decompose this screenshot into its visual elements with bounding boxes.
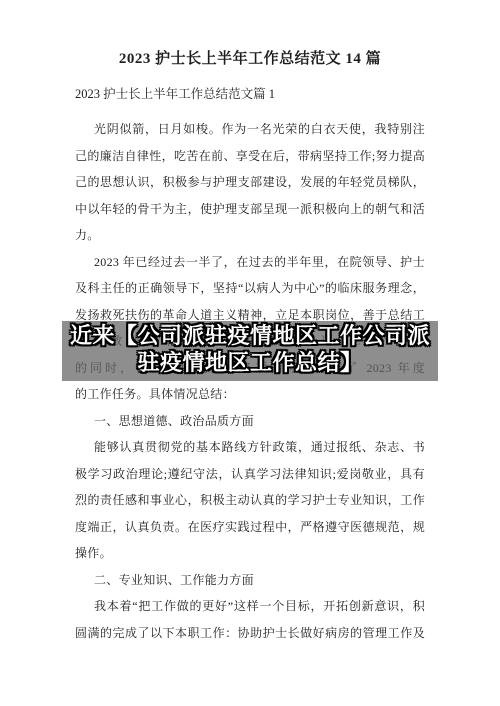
- document-line: 圆满的完成了以下本职工作：协助护士长做好病房的管理工作及医: [75, 620, 425, 647]
- document-subtitle: 2023 护士长上半年工作总结范文篇 1: [0, 85, 500, 103]
- document-line: 己的廉洁自律性，吃苦在前、享受在后，带病坚持工作;努力提高自: [75, 143, 425, 170]
- document-line: 二、专业知识、工作能力方面: [75, 567, 425, 594]
- document-line: 烈的责任感和事业心，积极主动认真的学习护士专业知识，工作态: [75, 487, 425, 514]
- document-line: 己的思想认识，积极参与护理支部建设，发展的年轻党员梯队，其: [75, 169, 425, 196]
- document-line: 能够认真贯彻党的基本路线方针政策，通过报纸、杂志、书籍积: [75, 434, 425, 461]
- watermark-caption: 近来【公司派驻疫情地区工作公司派 驻疫情地区工作总结】: [40, 322, 460, 376]
- document-line: 度端正，认真负责。在医疗实践过程中，严格遵守医德规范，规范: [75, 514, 425, 541]
- document-line: 力。: [75, 222, 425, 249]
- document-line: 中以年轻的骨干为主，使护理支部呈现一派积极向上的朝气和活: [75, 196, 425, 223]
- document-line: 极学习政治理论;遵纪守法，认真学习法律知识;爱岗敬业，具有强: [75, 461, 425, 488]
- document-line: 光阴似箭，日月如梭。作为一名光荣的白衣天使，我特别注重自: [75, 116, 425, 143]
- document-line: 我本着“把工作做的更好”这样一个目标，开拓创新意识，积极: [75, 593, 425, 620]
- watermark-text-line2: 驻疫情地区工作总结】: [40, 349, 460, 376]
- document-line: 一、思想道德、政治品质方面: [75, 408, 425, 435]
- document-line: 的工作任务。具体情况总结：: [75, 381, 425, 408]
- document-title: 2023 护士长上半年工作总结范文 14 篇: [0, 0, 500, 68]
- document-line: 及科主任的正确领导下，坚持“以病人为中心”的临床服务理念，: [75, 275, 425, 302]
- document-page: 2023 护士长上半年工作总结范文 14 篇 2023 护士长上半年工作总结范文…: [0, 0, 500, 706]
- watermark-text-line1: 近来【公司派驻疫情地区工作公司派: [40, 322, 460, 349]
- document-body: 光阴似箭，日月如梭。作为一名光荣的白衣天使，我特别注重自己的廉洁自律性，吃苦在前…: [0, 116, 500, 646]
- document-line: 2023 年已经过去一半了，在过去的半年里，在院领导、护士长: [75, 249, 425, 276]
- document-line: 操作。: [75, 540, 425, 567]
